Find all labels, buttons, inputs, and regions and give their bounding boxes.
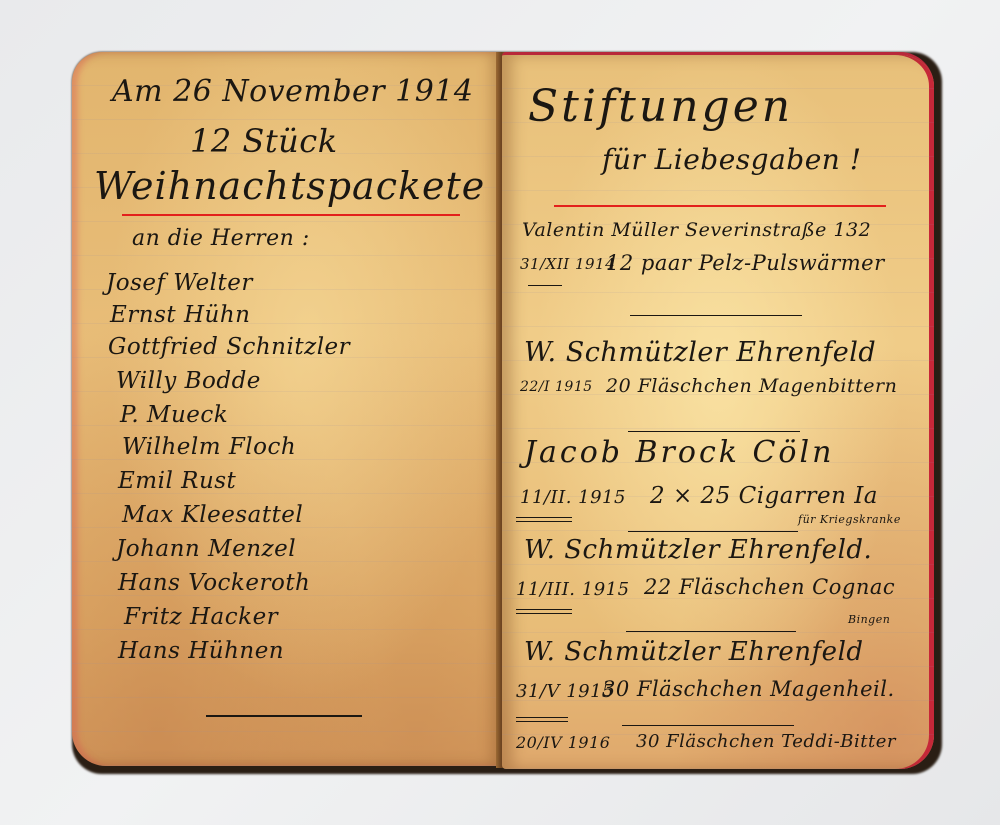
end-rule xyxy=(206,715,362,717)
recipient: Emil Rust xyxy=(118,468,236,494)
entry-donor: Valentin Müller Severinstraße 132 xyxy=(522,219,871,241)
date-underline xyxy=(516,521,572,522)
entry-date: 11/II. 1915 xyxy=(520,487,626,508)
red-underline xyxy=(122,214,460,216)
date-underline xyxy=(516,717,568,718)
entry-donor: W. Schmützler Ehrenfeld. xyxy=(524,535,872,565)
recipient: Wilhelm Floch xyxy=(122,434,296,460)
entry-divider xyxy=(630,315,802,316)
entry-gift: 30 Fläschchen Teddi-Bitter xyxy=(636,731,896,752)
entry-donor: W. Schmützler Ehrenfeld xyxy=(524,637,864,667)
right-title: Stiftungen xyxy=(528,81,793,132)
recipient: Josef Welter xyxy=(106,270,253,296)
left-title: Weihnachtspackete xyxy=(94,164,485,208)
entry-date: 31/XII 1914 xyxy=(520,255,615,273)
date-underline xyxy=(516,517,572,518)
entry-date: 22/I 1915 xyxy=(520,379,593,395)
recipient: Willy Bodde xyxy=(116,368,261,394)
recipient: Gottfried Schnitzler xyxy=(108,334,350,360)
entry-note: für Kriegskranke xyxy=(798,513,901,526)
entry-date: 20/IV 1916 xyxy=(516,733,610,752)
date-underline xyxy=(516,613,572,614)
recipient: P. Mueck xyxy=(120,402,228,428)
entry-date: 11/III. 1915 xyxy=(516,579,630,600)
left-page: Am 26 November 1914 12 Stück Weihnachtsp… xyxy=(72,52,502,766)
recipient: Ernst Hühn xyxy=(110,302,250,328)
entry-note: Bingen xyxy=(848,613,890,626)
entry-donor: W. Schmützler Ehrenfeld xyxy=(524,337,876,368)
right-page: Stiftungen für Liebesgaben ! Valentin Mü… xyxy=(502,52,934,769)
count-line: 12 Stück xyxy=(190,122,338,160)
date-underline xyxy=(516,721,568,722)
entry-donor: Jacob Brock Cöln xyxy=(524,435,834,470)
entry-divider xyxy=(628,531,798,532)
date-underline xyxy=(528,285,562,286)
recipient: Max Kleesattel xyxy=(122,502,303,528)
entry-gift: 30 Fläschchen Magenheil. xyxy=(602,677,895,701)
entry-gift: 22 Fläschchen Cognac xyxy=(644,575,895,599)
entry-gift: 2 × 25 Cigarren Ia xyxy=(650,483,878,509)
recipients-intro: an die Herren : xyxy=(132,226,310,251)
entry-gift: 12 paar Pelz-Pulswärmer xyxy=(606,251,885,275)
date-line: Am 26 November 1914 xyxy=(112,74,474,109)
entry-date: 31/V 1915 xyxy=(516,681,614,702)
right-subtitle: für Liebesgaben ! xyxy=(602,143,861,176)
recipient: Hans Vockeroth xyxy=(118,570,310,596)
entry-divider xyxy=(628,431,800,432)
recipient: Fritz Hacker xyxy=(124,604,278,630)
date-underline xyxy=(516,609,572,610)
recipient: Johann Menzel xyxy=(116,536,296,562)
entry-divider xyxy=(622,725,794,726)
entry-divider xyxy=(626,631,796,632)
entry-gift: 20 Fläschchen Magenbittern xyxy=(606,375,897,397)
recipient: Hans Hühnen xyxy=(118,638,284,664)
red-underline xyxy=(554,205,886,207)
